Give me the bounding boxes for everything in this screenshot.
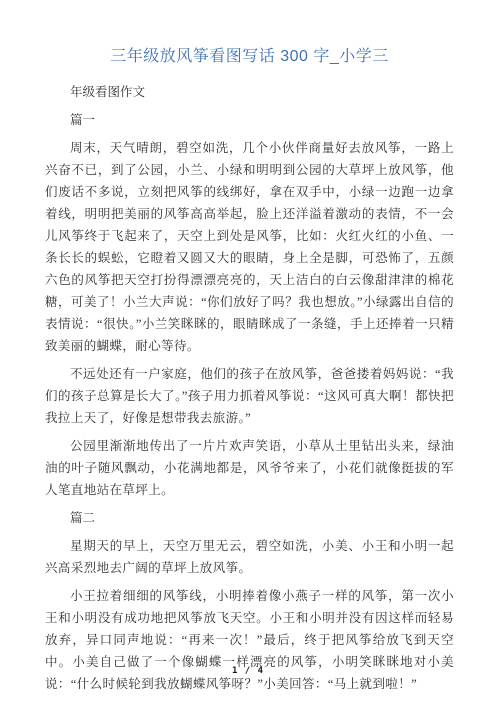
paragraph: 公园里渐渐地传出了一片片欢声笑语，小草从土里钻出头来，绿油油的叶子随风飘动，小花… — [45, 435, 454, 501]
page-title: 三年级放风筝看图写话 300 字_小学三 — [45, 46, 454, 68]
paragraph: 小王拉着细细的风筝线，小明捧着像小燕子一样的风筝，第一次小王和小明没有成功地把风… — [45, 585, 454, 695]
paragraph: 星期天的早上，天空万里无云，碧空如洗，小美、小王和小明一起兴高采烈地去广阔的草坪… — [45, 535, 454, 579]
doc-subtitle: 年级看图作文 — [45, 81, 454, 103]
page-number: 1 / 4 — [0, 666, 496, 676]
paragraph: 不远处还有一户家庭，他们的孩子在放风筝，爸爸搂着妈妈说：“我们的孩子总算是长大了… — [45, 363, 454, 429]
section-heading-2: 篇二 — [45, 507, 454, 529]
document-page: 三年级放风筝看图写话 300 字_小学三 年级看图作文 篇一 周末，天气晴朗，碧… — [0, 0, 496, 702]
paragraph: 周末，天气晴朗，碧空如洗，几个小伙伴商量好去放风筝，一路上兴奋不已，到了公园，小… — [45, 137, 454, 357]
section-heading-1: 篇一 — [45, 109, 454, 131]
